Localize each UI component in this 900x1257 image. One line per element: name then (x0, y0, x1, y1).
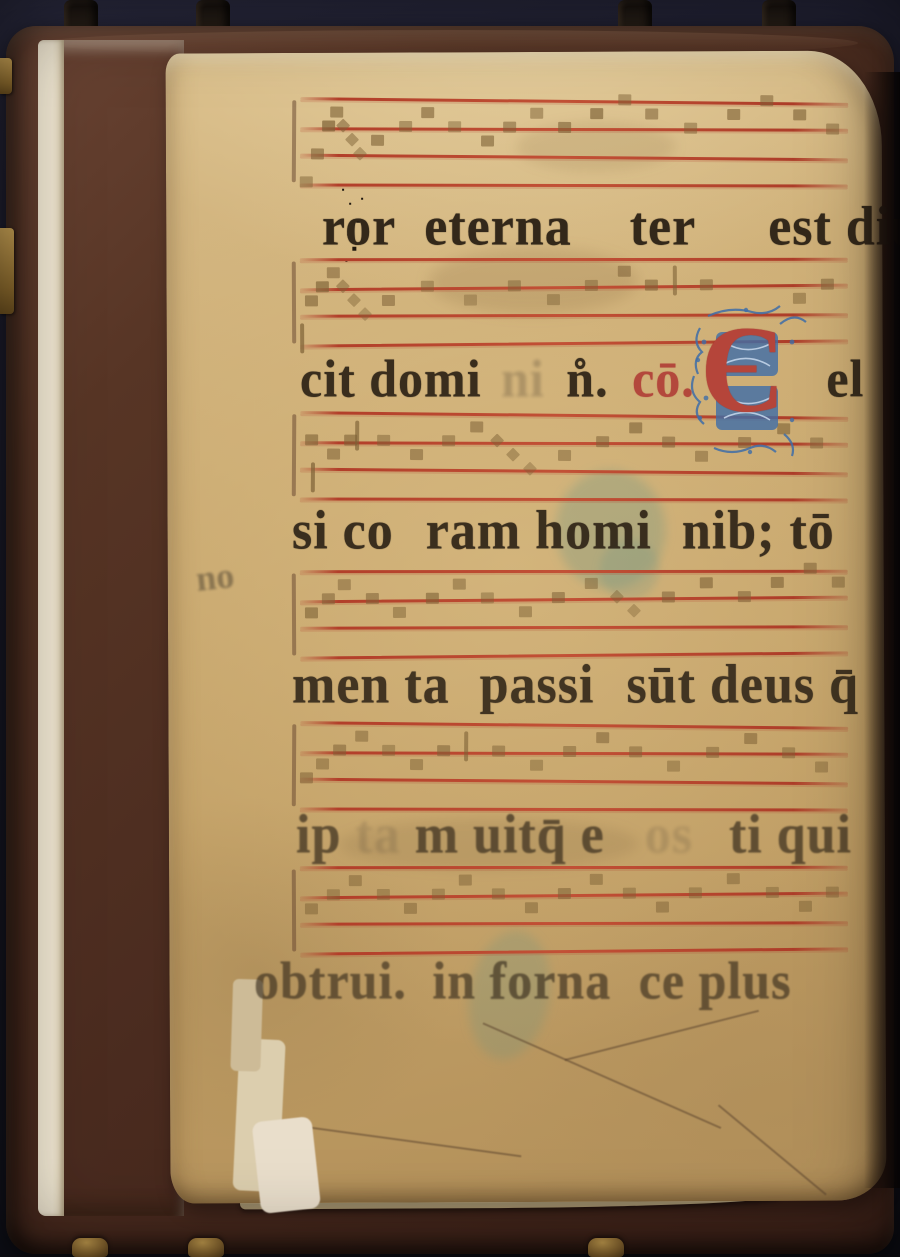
staff-start-bar (292, 869, 296, 951)
neume (519, 606, 532, 617)
neume (382, 295, 395, 306)
neume (481, 135, 494, 146)
neume (347, 293, 361, 307)
staff-start-bar (292, 724, 297, 806)
crease-line (303, 1126, 521, 1158)
neume (464, 731, 468, 761)
neume (645, 108, 658, 119)
staff-line (300, 284, 848, 292)
neume (585, 280, 598, 291)
text-segment: sūt deus q̄ (626, 658, 859, 713)
staff-1 (300, 98, 849, 197)
text-line-1: ror eterna ter est diu (322, 200, 900, 255)
staff-start-bar (292, 573, 296, 655)
manuscript-photo: ror eterna ter est diu cit domi ni n̊. c… (0, 0, 900, 1257)
neume (563, 746, 576, 757)
brass-foot (588, 1238, 624, 1257)
initial-letter-E: Є (700, 308, 784, 432)
neume (333, 745, 346, 756)
text-segment: obtrui. (254, 954, 407, 1007)
neume (300, 772, 313, 783)
text-segment: el (826, 352, 864, 405)
neume (552, 592, 565, 603)
neume (464, 295, 477, 306)
text-segment: ror (322, 200, 396, 255)
neume (336, 279, 350, 293)
neume (327, 267, 340, 278)
staff-line (300, 625, 848, 629)
neume (629, 746, 642, 757)
neume (322, 593, 335, 604)
neume (547, 294, 560, 305)
neume (366, 593, 379, 604)
neume (345, 133, 359, 147)
text-segment: ti qui (729, 808, 852, 863)
neume (503, 122, 516, 133)
text-segment: ni (501, 352, 545, 405)
neume (305, 903, 318, 914)
staff-line (300, 921, 848, 925)
neume (558, 122, 571, 133)
neume (311, 462, 315, 492)
crease-line (565, 1010, 759, 1061)
neume (656, 902, 669, 913)
neume (470, 421, 483, 432)
neume (492, 745, 505, 756)
neume (300, 176, 313, 187)
neume (826, 124, 839, 135)
staff-6 (300, 865, 848, 964)
neume (506, 448, 520, 462)
staff-4 (300, 569, 848, 668)
page-edges-stack (38, 40, 184, 1216)
neume (591, 108, 604, 119)
neume (585, 578, 598, 589)
neume (377, 889, 390, 900)
clasp-remnant (0, 228, 14, 314)
neume (404, 903, 417, 914)
page-gutter-shadow (864, 72, 900, 1188)
text-line-6: obtrui. in forna ce plus (254, 954, 792, 1007)
neume (453, 579, 466, 590)
neume (672, 265, 676, 295)
neume (596, 732, 609, 743)
neume (662, 437, 675, 448)
text-segment: ter (630, 200, 696, 255)
neume (322, 120, 335, 131)
text-segment: in forna (432, 954, 611, 1007)
neume (662, 591, 675, 602)
text-segment: cit domi (300, 352, 482, 405)
neume (525, 902, 538, 913)
neume (327, 889, 340, 900)
staff-start-bar (292, 261, 296, 343)
neume (306, 434, 319, 445)
neume (590, 874, 603, 885)
neume (793, 109, 806, 120)
neume (706, 747, 719, 758)
neume (610, 590, 624, 604)
neume (799, 901, 812, 912)
neume (353, 147, 367, 161)
neume (761, 95, 774, 106)
neume (431, 889, 444, 900)
text-segment: eterna (424, 200, 571, 255)
neume (700, 279, 713, 290)
neume (349, 875, 362, 886)
neume (355, 731, 368, 742)
staff-line (300, 778, 848, 786)
neume (459, 875, 472, 886)
neume (437, 745, 450, 756)
neume (305, 295, 318, 306)
margin-annotation: no (194, 554, 236, 600)
neume (421, 107, 434, 118)
neume (557, 888, 570, 899)
brass-foot (188, 1238, 224, 1257)
neume (371, 135, 384, 146)
page-edge-cream-band (38, 40, 64, 1216)
text-line-4: men ta passi sūt deus q̄ (292, 658, 859, 713)
neume (738, 591, 751, 602)
neume (523, 462, 537, 476)
text-segment: os (645, 808, 693, 863)
text-line-3: si co ram homi nib; tō (292, 504, 835, 559)
neume (382, 745, 395, 756)
staff-line (300, 468, 848, 476)
staff-start-bar (292, 414, 297, 496)
neume (327, 448, 340, 459)
text-segment: passi (480, 658, 595, 713)
neume (530, 108, 543, 119)
clasp-remnant (0, 58, 12, 94)
neume (689, 887, 702, 898)
text-segment: nib; tō (682, 504, 835, 559)
neume (766, 887, 779, 898)
neume (530, 760, 543, 771)
neume (727, 873, 740, 884)
neume (782, 747, 795, 758)
neume (355, 421, 359, 451)
neume (426, 593, 439, 604)
neume (618, 266, 631, 277)
neume (804, 563, 817, 574)
neume (623, 888, 636, 899)
neume (399, 121, 412, 132)
staff-start-bar (292, 100, 297, 182)
neume (448, 121, 461, 132)
text-line-5: ip ta m uitq̄ e os ti qui (296, 808, 852, 863)
staff-line (300, 866, 848, 869)
neume (410, 449, 423, 460)
staff-line (300, 596, 848, 604)
neume (771, 577, 784, 588)
neume (744, 733, 757, 744)
torn-corner-patch (252, 1116, 322, 1214)
neume (558, 450, 571, 461)
neume (596, 436, 609, 447)
staff-line (300, 127, 848, 131)
neume (311, 148, 324, 159)
neume (305, 607, 318, 618)
neume (645, 280, 658, 291)
neume (338, 579, 351, 590)
neume (492, 888, 505, 899)
neume (393, 607, 406, 618)
text-segment: m uitq̄ e (415, 808, 605, 863)
staff-line (300, 258, 848, 261)
neume (820, 279, 833, 290)
text-segment: men ta (292, 658, 450, 713)
neume (667, 761, 680, 772)
neume (629, 422, 642, 433)
staff-line (300, 154, 848, 162)
neume (481, 592, 494, 603)
text-segment: ip (296, 808, 341, 863)
neume (508, 280, 521, 291)
staff-line (300, 570, 848, 573)
neume (831, 577, 844, 588)
illuminated-initial: Є (694, 316, 804, 444)
neume (336, 119, 350, 133)
brass-foot (72, 1238, 108, 1257)
text-segment: ce plus (639, 954, 792, 1007)
text-segment: ram homi (426, 504, 652, 559)
neume (618, 94, 631, 105)
text-segment: n̊. (566, 352, 608, 405)
staff-line (300, 184, 848, 188)
neume (815, 761, 828, 772)
text-segment: ta (355, 808, 400, 863)
neume (316, 281, 329, 292)
neume (330, 107, 343, 118)
crease-line (483, 1022, 722, 1129)
neume (627, 604, 641, 618)
crease-line (718, 1104, 827, 1195)
neume (443, 435, 456, 446)
neume (358, 307, 372, 321)
neume (420, 281, 433, 292)
neume (316, 758, 329, 769)
neume (490, 433, 504, 447)
text-segment: si co (292, 504, 394, 559)
neume (684, 123, 697, 134)
neume (410, 759, 423, 770)
neume (700, 577, 713, 588)
neume (728, 109, 741, 120)
neume (826, 887, 839, 898)
neume (377, 435, 390, 446)
